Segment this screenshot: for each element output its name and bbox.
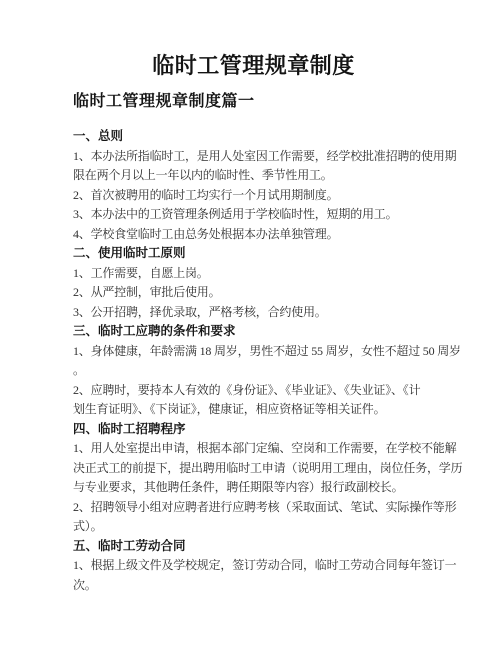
text-line: 2、从严控制，审批后使用。 [73,283,442,303]
section-heading: 一、总则 [73,127,442,147]
text-line: 决正式工的前提下，提出聘用临时工申请（说明用工理由，岗位任务，学历 [73,459,442,479]
text-line: 1、用人处室提出申请，根据本部门定编、空岗和工作需要，在学校不能解 [73,439,442,459]
paragraph: 2、应聘时，要持本人有效的《身份证》、《毕业证》、《失业证》、《计 划生育证明》… [73,381,442,420]
paragraph: 3、本办法中的工资管理条例适用于学校临时性，短期的用工。 [73,205,442,225]
paragraph: 1、工作需要，自愿上岗。 [73,264,442,284]
section-labor-contract: 五、临时工劳动合同 1、根据上级文件及学校规定，签订劳动合同，临时工劳动合同每年… [73,537,442,596]
text-line: 。 [73,361,442,381]
document-title: 临时工管理规章制度 [69,52,438,80]
text-line: 划生育证明》、《下岗证》，健康证，相应资格证等相关证件。 [73,400,442,420]
paragraph: 1、身体健康，年龄需满 18 周岁，男性不超过 55 周岁，女性不超过 50 周… [73,342,442,381]
section-application-requirements: 三、临时工应聘的条件和要求 1、身体健康，年龄需满 18 周岁，男性不超过 55… [73,322,442,420]
paragraph: 2、首次被聘用的临时工均实行一个月试用期制度。 [73,186,442,206]
text-line: 式）。 [73,517,442,537]
text-line: 1、身体健康，年龄需满 18 周岁，男性不超过 55 周岁，女性不超过 50 周… [73,342,442,362]
section-usage-principles: 二、使用临时工原则 1、工作需要，自愿上岗。 2、从严控制，审批后使用。 3、公… [73,244,442,322]
text-line: 2、首次被聘用的临时工均实行一个月试用期制度。 [73,186,442,206]
paragraph: 1、根据上级文件及学校规定，签订劳动合同，临时工劳动合同每年签订一 次。 [73,556,442,595]
document-body: 一、总则 1、本办法所指临时工，是用人处室因工作需要，经学校批准招聘的使用期 限… [73,127,442,595]
text-line: 1、工作需要，自愿上岗。 [73,264,442,284]
text-line: 限在两个月以上一年以内的临时性、季节性用工。 [73,166,442,186]
section-heading: 三、临时工应聘的条件和要求 [73,322,442,342]
paragraph: 2、招聘领导小组对应聘者进行应聘考核（采取面试、笔试、实际操作等形 式）。 [73,498,442,537]
document-page: 临时工管理规章制度 临时工管理规章制度篇一 一、总则 1、本办法所指临时工，是用… [0,0,500,647]
paragraph: 1、本办法所指临时工，是用人处室因工作需要，经学校批准招聘的使用期 限在两个月以… [73,147,442,186]
paragraph: 1、用人处室提出申请，根据本部门定编、空岗和工作需要，在学校不能解 决正式工的前… [73,439,442,498]
section-general-rules: 一、总则 1、本办法所指临时工，是用人处室因工作需要，经学校批准招聘的使用期 限… [73,127,442,244]
paragraph: 3、公开招聘，择优录取，严格考核，合约使用。 [73,303,442,323]
text-line: 1、根据上级文件及学校规定，签订劳动合同，临时工劳动合同每年签订一 [73,556,442,576]
text-line: 2、应聘时，要持本人有效的《身份证》、《毕业证》、《失业证》、《计 [73,381,442,401]
paragraph: 4、学校食堂临时工由总务处根据本办法单独管理。 [73,225,442,245]
section-heading: 二、使用临时工原则 [73,244,442,264]
section-recruitment-procedure: 四、临时工招聘程序 1、用人处室提出申请，根据本部门定编、空岗和工作需要，在学校… [73,420,442,537]
document-subtitle: 临时工管理规章制度篇一 [73,92,442,112]
section-heading: 四、临时工招聘程序 [73,420,442,440]
text-line: 2、招聘领导小组对应聘者进行应聘考核（采取面试、笔试、实际操作等形 [73,498,442,518]
text-line: 与专业要求，其他聘任条件，聘任期限等内容）报行政副校长。 [73,478,442,498]
text-line: 4、学校食堂临时工由总务处根据本办法单独管理。 [73,225,442,245]
text-line: 1、本办法所指临时工，是用人处室因工作需要，经学校批准招聘的使用期 [73,147,442,167]
text-line: 3、本办法中的工资管理条例适用于学校临时性，短期的用工。 [73,205,442,225]
text-line: 3、公开招聘，择优录取，严格考核，合约使用。 [73,303,442,323]
section-heading: 五、临时工劳动合同 [73,537,442,557]
paragraph: 2、从严控制，审批后使用。 [73,283,442,303]
text-line: 次。 [73,576,442,596]
